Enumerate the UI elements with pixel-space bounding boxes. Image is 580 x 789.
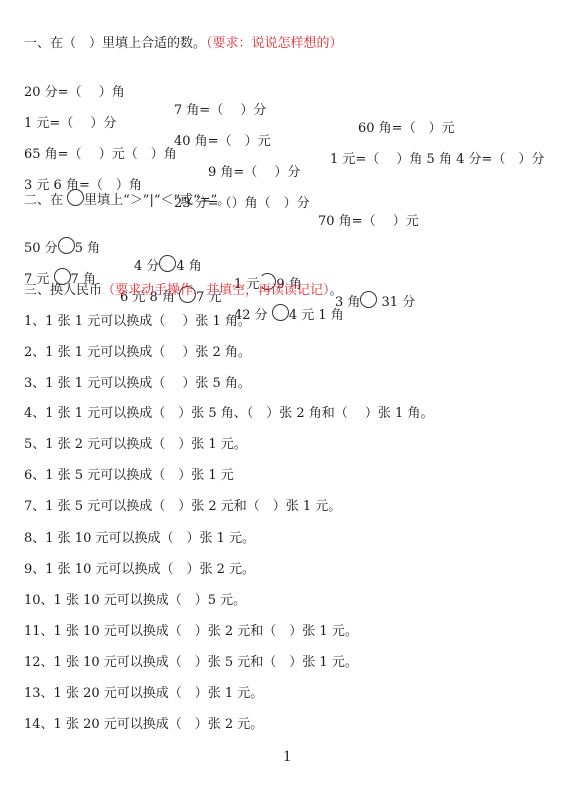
exchange-item: 6、1 张 5 元可以换成（ ）张 1 元	[24, 467, 234, 485]
exchange-item: 12、1 张 10 元可以换成（ ）张 5 元和（ ）张 1 元。	[24, 654, 358, 672]
fill-blank-question: 1 元=（ ）角 5 角 4 分=（ ）分	[330, 151, 544, 169]
exchange-item: 11、1 张 10 元可以换成（ ）张 2 元和（ ）张 1 元。	[24, 623, 358, 641]
compare-question: 50 分5 角	[24, 237, 100, 258]
section1-heading: 一、在（ ）里填上合适的数。（要求：说说怎样想的）	[24, 35, 343, 53]
section3-heading-note: （要求动手操作，并填空，再读读记记）	[102, 283, 330, 298]
exchange-item: 2、1 张 1 元可以换成（ ）张 2 角。	[24, 344, 251, 362]
exchange-item: 5、1 张 2 元可以换成（ ）张 1 元。	[24, 436, 247, 454]
section2-heading: 二、在 里填上“＞”|“＜”或“=”。	[24, 189, 230, 210]
fill-blank-question: 9 角=（ ）分	[208, 164, 300, 182]
fill-blank-question: 40 角=（ ）元	[174, 133, 271, 151]
compare-circle[interactable]	[272, 304, 289, 321]
section2-heading-part1: 二、在	[24, 193, 63, 208]
compare-question: 3 角 31 分	[335, 291, 415, 312]
compare-right: 4 角	[176, 259, 201, 274]
exchange-item: 14、1 张 20 元可以换成（ ）张 2 元。	[24, 716, 263, 734]
compare-circle[interactable]	[159, 255, 176, 272]
section3-heading-text: 三、换人民币	[24, 283, 102, 298]
fill-blank-question: 60 角=（ ）元	[358, 120, 455, 138]
exchange-item: 3、1 张 1 元可以换成（ ）张 5 角。	[24, 375, 251, 393]
compare-question: 4 分4 角	[134, 255, 202, 276]
page-number: 1	[283, 748, 291, 766]
exchange-item: 1、1 张 1 元可以换成（ ）张 1 角。	[24, 313, 251, 331]
compare-circle[interactable]	[360, 291, 377, 308]
fill-blank-question: 65 角=（ ）元（ ）角	[24, 146, 177, 164]
exchange-item: 10、1 张 10 元可以换成（ ）5 元。	[24, 592, 246, 610]
compare-right: 31 分	[377, 295, 415, 310]
compare-right: 5 角	[75, 241, 100, 256]
exchange-item: 4、1 张 1 元可以换成（ ）张 5 角、（ ）张 2 角和（ ）张 1 角。	[24, 405, 433, 423]
section3-heading-suffix: 。	[330, 283, 343, 298]
section3-heading: 三、换人民币（要求动手操作，并填空，再读读记记）。	[24, 282, 343, 300]
section2-heading-part2: 里填上“＞”|“＜”或“=”。	[84, 193, 230, 208]
circle-icon	[67, 189, 84, 206]
compare-circle[interactable]	[58, 237, 75, 254]
exchange-item: 9、1 张 10 元可以换成（ ）张 2 元。	[24, 561, 255, 579]
fill-blank-question: 70 角=（ ）元	[318, 213, 419, 231]
compare-left: 4 分	[134, 259, 159, 274]
exchange-item: 7、1 张 5 元可以换成（ ）张 2 元和（ ）张 1 元。	[24, 498, 341, 516]
exchange-item: 13、1 张 20 元可以换成（ ）张 1 元。	[24, 685, 263, 703]
section1-heading-note: （要求：说说怎样想的）	[206, 36, 343, 51]
exchange-item: 8、1 张 10 元可以换成（ ）张 1 元。	[24, 530, 255, 548]
fill-blank-question: 1 元=（ ）分	[24, 115, 116, 133]
section1-heading-text: 一、在（ ）里填上合适的数。	[24, 36, 206, 51]
fill-blank-question: 20 分=（ ）角	[24, 84, 125, 102]
compare-right: 4 元 1 角	[289, 308, 344, 323]
fill-blank-question: 7 角=（ ）分	[174, 102, 266, 120]
